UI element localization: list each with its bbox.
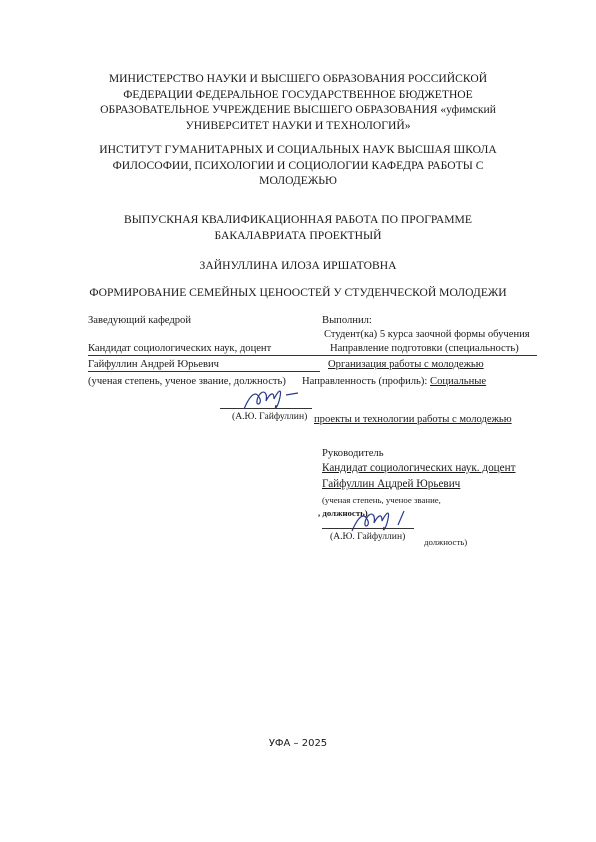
direction-underline xyxy=(320,355,537,356)
student-info: Студент(ка) 5 курса заочной формы обучен… xyxy=(324,328,530,341)
direction-value: Организация работы с молодежью xyxy=(328,358,484,371)
head-of-department-label: Заведующий кафедрой xyxy=(88,314,191,327)
city-year: УФА – 2025 xyxy=(0,738,596,749)
profile-line: Направленность (профиль): Социальные xyxy=(302,375,486,388)
head-name: Гайфуллин Андрей Юрьевич xyxy=(88,358,219,371)
head-signature-name: (А.Ю. Гайфуллин) xyxy=(232,410,307,423)
work-type-heading: ВЫПУСКНАЯ КВАЛИФИКАЦИОННАЯ РАБОТА ПО ПРО… xyxy=(60,212,536,243)
head-signature-icon xyxy=(240,385,320,413)
performer-label: Выполнил: xyxy=(322,314,372,327)
supervisor-name: Гайфуллин Ацдрей Юрьевич xyxy=(322,478,460,491)
direction-label: Направление подготовки (специальность) xyxy=(330,342,519,355)
profile-value-part1: Социальные xyxy=(430,376,486,387)
author-name: ЗАЙНУЛЛИНА ИЛОЗА ИРШАТОВНА xyxy=(60,258,536,274)
supervisor-degree: Кандидат социологических наук. доцент xyxy=(322,462,516,475)
thesis-topic: ФОРМИРОВАНИЕ СЕМЕЙНЫХ ЦЕНООСТЕЙ У СТУДЕН… xyxy=(40,285,556,301)
profile-value-part2: проекты и технологии работы с молодежью xyxy=(314,413,512,426)
head-degree-underline xyxy=(88,355,320,356)
supervisor-signature-name: (А.Ю. Гайфуллин) xyxy=(330,530,405,543)
head-name-underline xyxy=(88,371,320,372)
head-degree: Кандидат социологических наук, доцент xyxy=(88,342,271,355)
supervisor-label: Руководитель xyxy=(322,447,384,460)
profile-label: Направленность (профиль): xyxy=(302,376,430,387)
ministry-heading: МИНИСТЕРСТВО НАУКИ И ВЫСШЕГО ОБРАЗОВАНИЯ… xyxy=(60,71,536,133)
institute-heading: ИНСТИТУТ ГУМАНИТАРНЫХ И СОЦИАЛЬНЫХ НАУК … xyxy=(60,142,536,189)
supervisor-signature-line xyxy=(322,528,414,529)
supervisor-caption-3: должность) xyxy=(424,536,467,549)
